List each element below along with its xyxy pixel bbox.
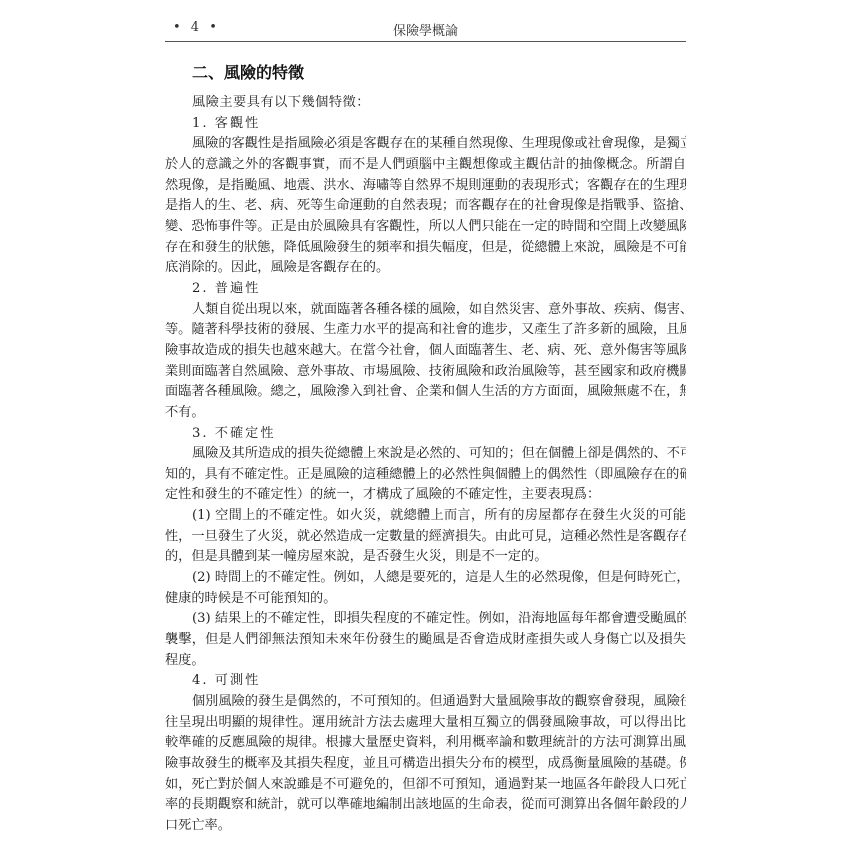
paragraph-line: 較準確的反應風險的規律。根據大量歷史資料，利用概率論和數理統計的方法可測算出風 [165, 733, 686, 754]
section-intro: 風險主要具有以下幾個特徵： [165, 93, 686, 114]
paragraph-line: 個別風險的發生是偶然的，不可預知的。但通過對大量風險事故的觀察會發現，風險往 [165, 692, 686, 713]
paragraph-line: 率的長期觀察和統計，就可以準確地編制出該地區的生命表，從而可測算出各個年齡段的人 [165, 795, 686, 816]
paragraph-line: 險事故發生的概率及其損失程度，並且可構造出損失分布的模型，成爲衡量風險的基礎。例 [165, 754, 686, 775]
paragraph-line: 是指人的生、老、病、死等生命運動的自然表現；而客觀存在的社會現像是指戰爭、盜搶、… [165, 196, 686, 217]
paragraph-line: 不有。 [165, 403, 686, 424]
paragraph-line: 存在和發生的狀態，降低風險發生的頻率和損失幅度，但是，從總體上來說，風險是不可能… [165, 238, 686, 259]
paragraph-line: 面臨著各種風險。總之，風險滲入到社會、企業和個人生活的方方面面，風險無處不在，無… [165, 382, 686, 403]
subpoint-line: 襲擊，但是人們卻無法預知未來年份發生的颱風是否會造成財產損失或人身傷亡以及損失 [165, 630, 686, 651]
paragraph-line: 口死亡率。 [165, 816, 686, 837]
subpoint-line: 的，但是具體到某一幢房屋來說，是否發生火災，則是不一定的。 [165, 547, 686, 568]
subpoint-line: 程度。 [165, 651, 686, 672]
paragraph-line: 如，死亡對於個人來說雖是不可避免的，但卻不可預知，通過對某一地區各年齡段人口死亡 [165, 775, 686, 796]
paragraph-line: 人類自從出現以來，就面臨著各種各樣的風險，如自然災害、意外事故、疾病、傷害、戰爭 [165, 300, 686, 321]
paragraph-line: 風險及其所造成的損失從總體上來說是必然的、可知的；但在個體上卻是偶然的、不可 [165, 444, 686, 465]
subpoint-line: (2) 時間上的不確定性。例如，人總是要死的，這是人生的必然現像，但是何時死亡，… [165, 568, 686, 589]
subpoint-line: (3) 結果上的不確定性，即損失程度的不確定性。例如，沿海地區每年都會遭受颱風的 [165, 609, 686, 630]
paragraph-line: 往呈現出明顯的規律性。運用統計方法去處理大量相互獨立的偶發風險事故，可以得出比 [165, 713, 686, 734]
running-title: 保險學概論 [165, 20, 686, 39]
paragraph-line: 風險的客觀性是指風險必須是客觀存在的某種自然現像、生理現像或社會現像，是獨立 [165, 134, 686, 155]
page-body: 二、風險的特徵 風險主要具有以下幾個特徵： 1. 客觀性 風險的客觀性是指風險必… [165, 62, 686, 837]
book-page: • 4 • 保險學概論 二、風險的特徵 風險主要具有以下幾個特徵： 1. 客觀性… [0, 0, 850, 850]
paragraph-line: 等。隨著科學技術的發展、生產力水平的提高和社會的進步，又產生了許多新的風險，且風 [165, 320, 686, 341]
item-title-universality: 2. 普遍性 [165, 279, 686, 300]
paragraph-line: 知的，具有不確定性。正是風險的這種總體上的必然性與個體上的偶然性（即風險存在的確 [165, 465, 686, 486]
item-title-uncertainty: 3. 不確定性 [165, 424, 686, 445]
page-header: • 4 • 保險學概論 [165, 18, 686, 40]
subpoint-line: 健康的時候是不可能預知的。 [165, 589, 686, 610]
paragraph-line: 變、恐怖事件等。正是由於風險具有客觀性，所以人們只能在一定的時間和空間上改變風險 [165, 217, 686, 238]
paragraph-line: 於人的意識之外的客觀事實，而不是人們頭腦中主觀想像或主觀估計的抽像概念。所謂自 [165, 155, 686, 176]
header-rule [165, 41, 686, 42]
item-title-objectivity: 1. 客觀性 [165, 114, 686, 135]
subpoint-line: 性，一旦發生了火災，就必然造成一定數量的經濟損失。由此可見，這種必然性是客觀存在 [165, 527, 686, 548]
paragraph-line: 然現像，是指颱風、地震、洪水、海嘯等自然界不規則運動的表現形式；客觀存在的生理現… [165, 176, 686, 197]
paragraph-line: 險事故造成的損失也越來越大。在當今社會，個人面臨著生、老、病、死、意外傷害等風險… [165, 341, 686, 362]
section-heading: 二、風險的特徵 [165, 62, 686, 84]
paragraph-line: 底消除的。因此，風險是客觀存在的。 [165, 258, 686, 279]
subpoint-line: (1) 空間上的不確定性。如火災，就總體上而言，所有的房屋都存在發生火災的可能 [165, 506, 686, 527]
item-title-measurability: 4. 可測性 [165, 671, 686, 692]
paragraph-line: 定性和發生的不確定性）的統一，才構成了風險的不確定性，主要表現爲： [165, 485, 686, 506]
paragraph-line: 業則面臨著自然風險、意外事故、市場風險、技術風險和政治風險等，甚至國家和政府機關… [165, 362, 686, 383]
